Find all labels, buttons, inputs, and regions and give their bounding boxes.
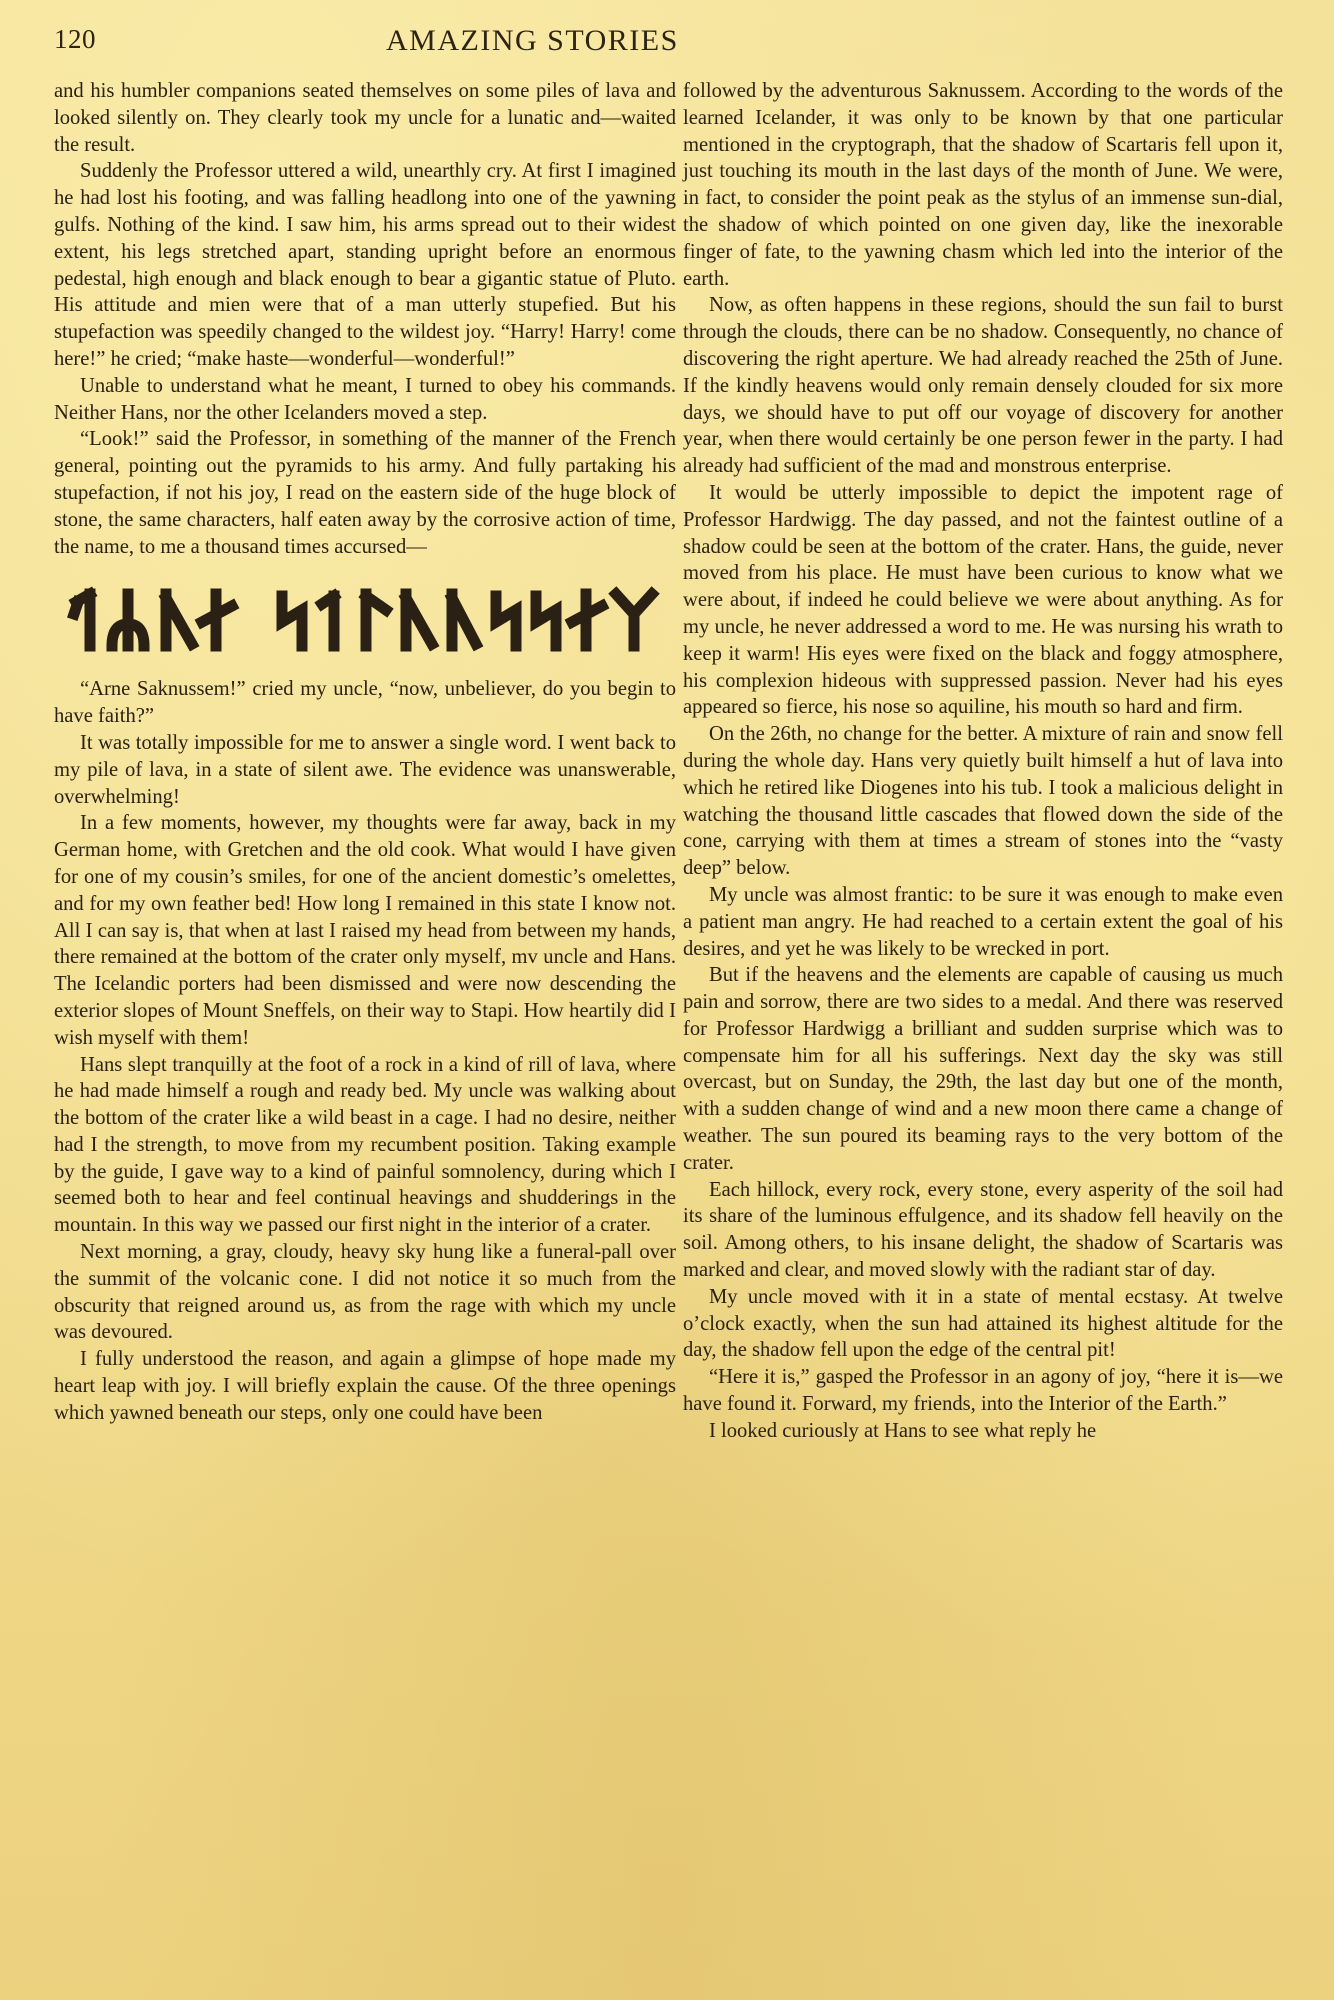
right-column: followed by the adventurous Saknussem. A…: [683, 78, 1283, 1445]
page-number: 120: [54, 24, 96, 55]
paragraph: Now, as often happens in these regions, …: [683, 292, 1283, 480]
magazine-title: AMAZING STORIES: [386, 24, 679, 58]
paragraph: My uncle was almost frantic: to be sure …: [683, 882, 1283, 962]
paragraph: “Arne Saknussem!” cried my uncle, “now, …: [54, 676, 676, 730]
paragraph: Next morning, a gray, cloudy, heavy sky …: [54, 1239, 676, 1346]
paragraph: Hans slept tranquilly at the foot of a r…: [54, 1052, 676, 1240]
left-column: and his humbler companions seated themse…: [54, 78, 676, 1427]
paragraph: On the 26th, no change for the better. A…: [683, 721, 1283, 882]
paragraph: In a few moments, however, my thoughts w…: [54, 810, 676, 1051]
paragraph: My uncle moved with it in a state of men…: [683, 1284, 1283, 1364]
paragraph: “Here it is,” gasped the Professor in an…: [683, 1364, 1283, 1418]
paragraph: But if the heavens and the elements are …: [683, 962, 1283, 1176]
paragraph: “Look!” said the Professor, in something…: [54, 426, 676, 560]
paragraph: followed by the adventurous Saknussem. A…: [683, 78, 1283, 292]
paragraph: Each hillock, every rock, every stone, e…: [683, 1177, 1283, 1284]
page-header: 120 AMAZING STORIES: [0, 0, 1334, 62]
paragraph: It was totally impossible for me to answ…: [54, 730, 676, 810]
runic-inscription-icon: [66, 584, 666, 656]
paragraph: It would be utterly impossible to depict…: [683, 480, 1283, 721]
paragraph: I fully understood the reason, and again…: [54, 1346, 676, 1426]
runic-inscription: [66, 584, 676, 656]
paragraph: Unable to understand what he meant, I tu…: [54, 373, 676, 427]
paragraph: I looked curiously at Hans to see what r…: [683, 1418, 1283, 1445]
paragraph: and his humbler companions seated themse…: [54, 78, 676, 158]
paragraph: Suddenly the Professor uttered a wild, u…: [54, 158, 676, 372]
